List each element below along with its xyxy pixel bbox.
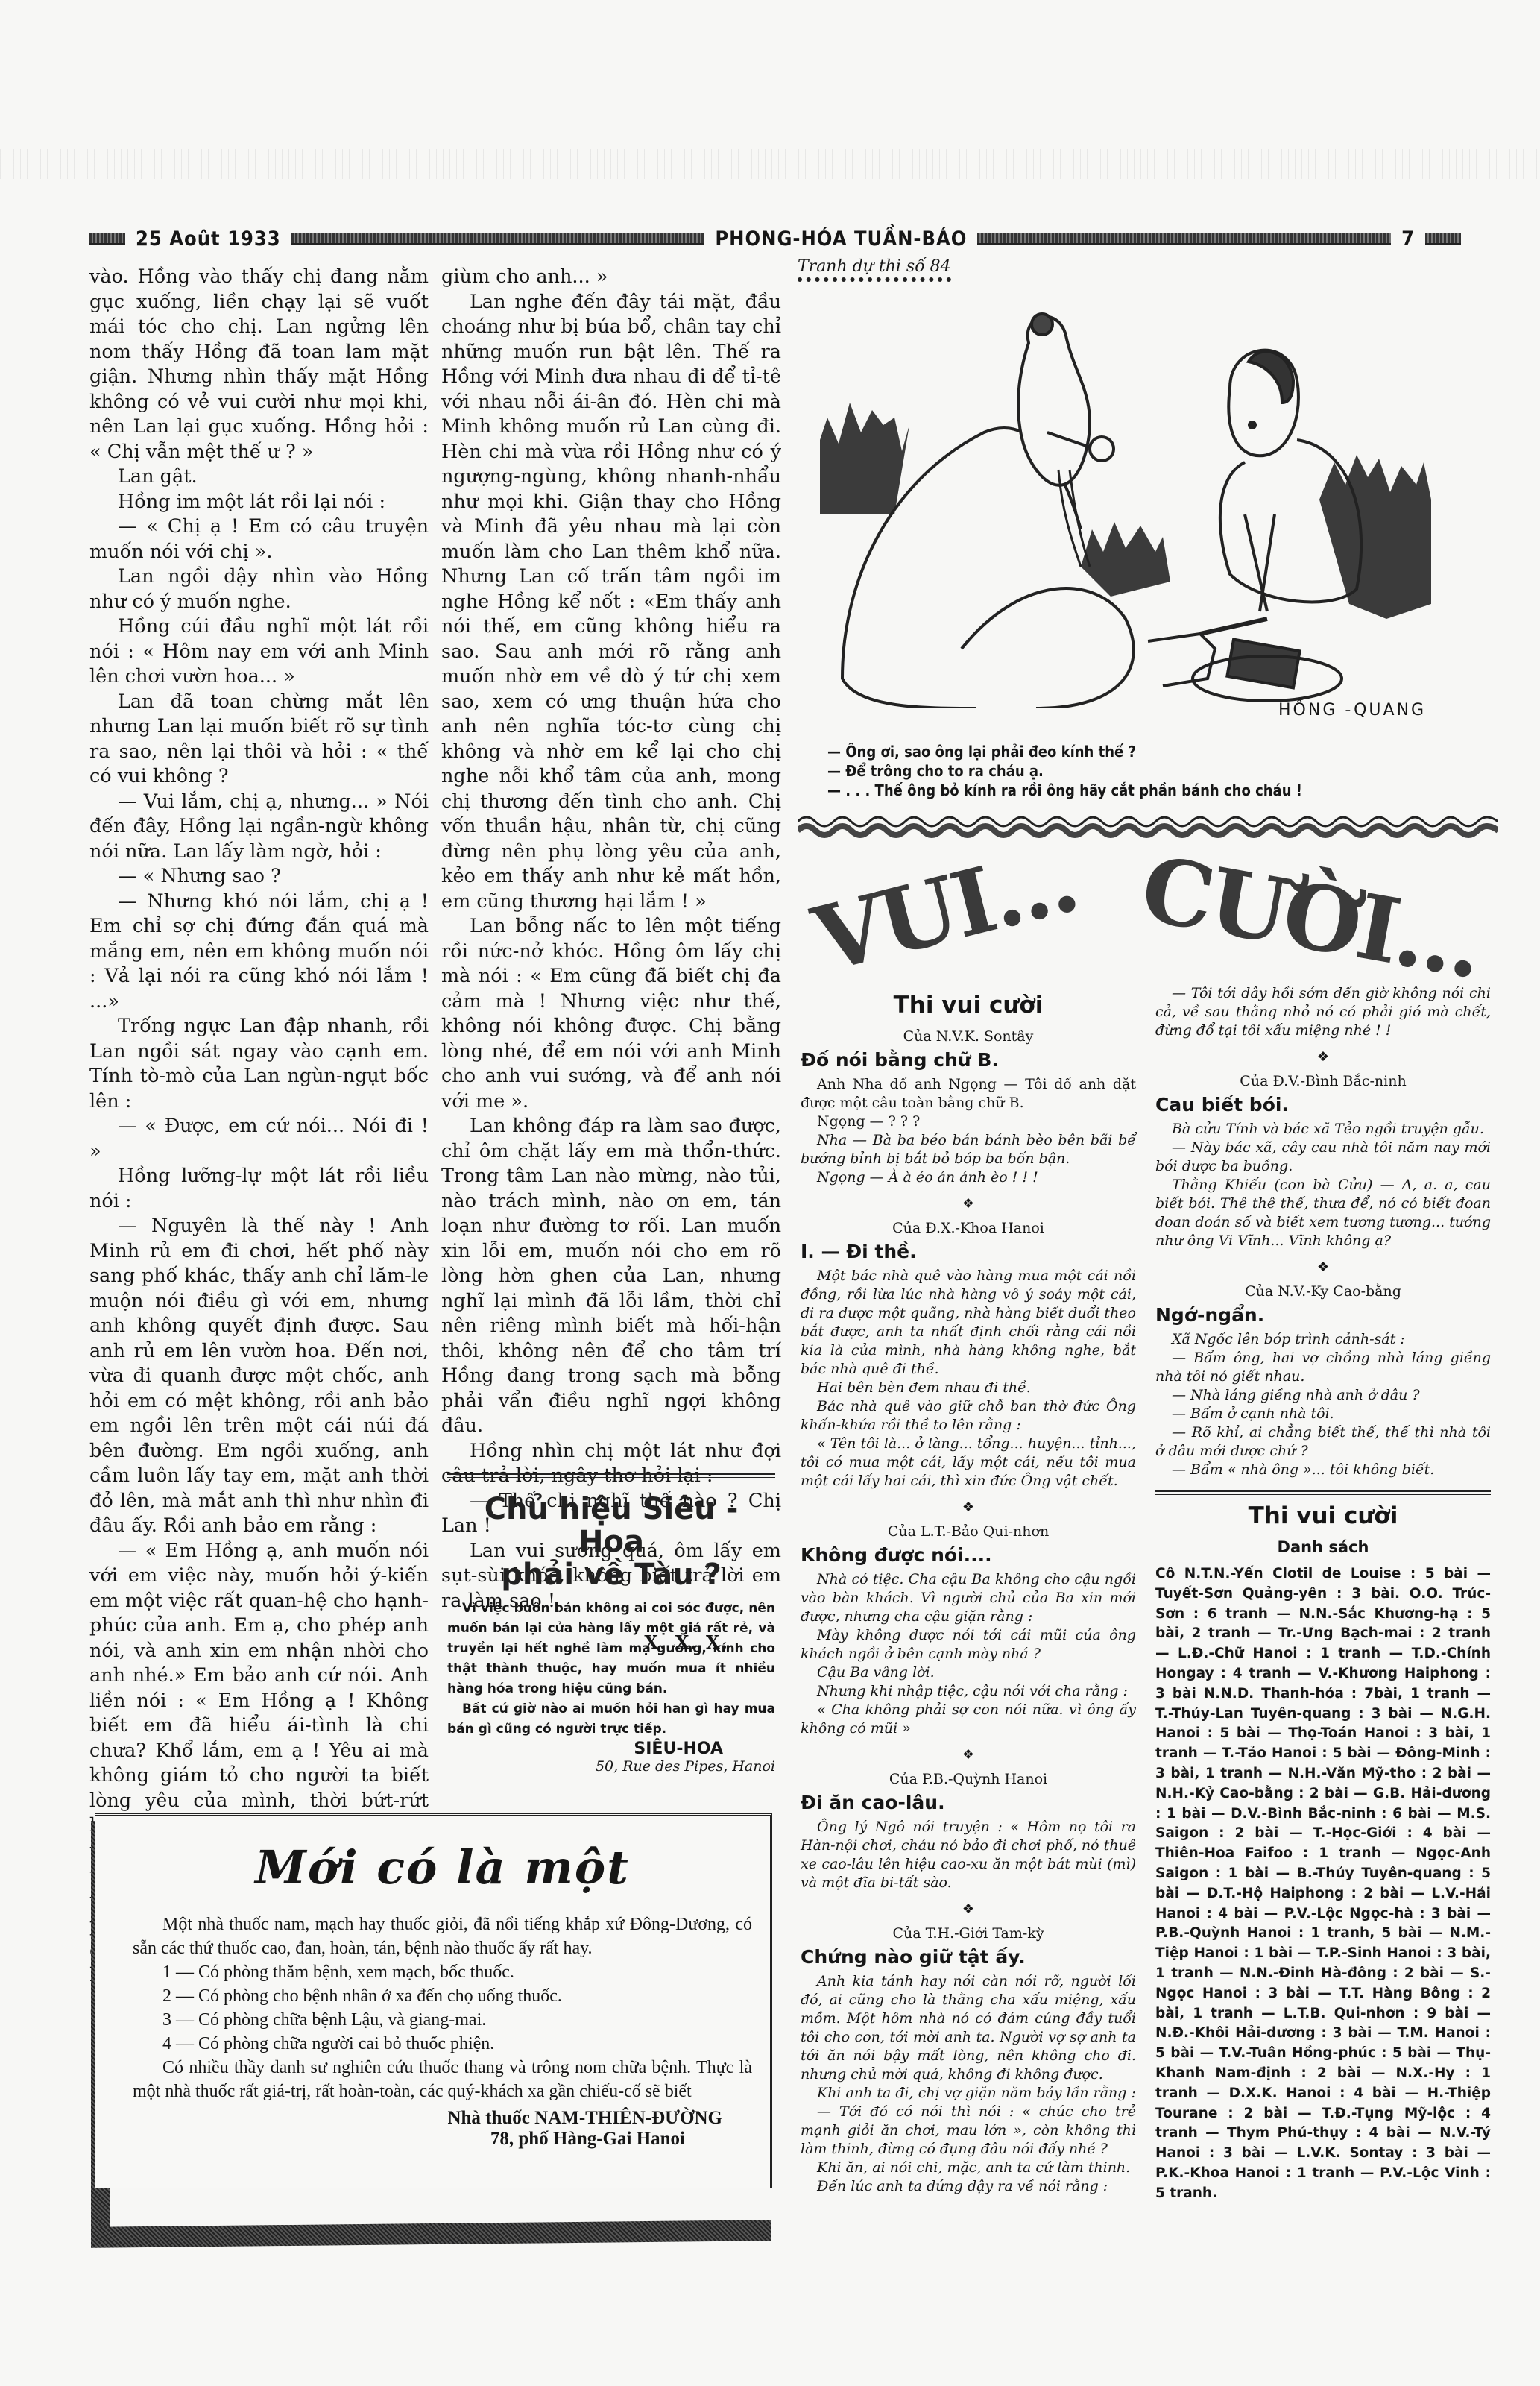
ad-brand: SIÊU-HOA bbox=[447, 1740, 775, 1758]
jokes-column-4: — Tôi tới đây hồi sớm đến giờ không nói … bbox=[1155, 984, 1491, 2204]
ad-business-name: Nhà thuốc NAM-THIÊN-ĐƯỜNG bbox=[133, 2108, 752, 2129]
ornament-icon: ❖ bbox=[801, 1498, 1136, 1517]
newspaper-name: PHONG-HÓA TUẦN-BÁO bbox=[715, 227, 967, 251]
cartoon-illustration-icon bbox=[812, 291, 1498, 708]
ornament-icon: ❖ bbox=[1155, 1258, 1491, 1277]
banner-word-vui: VUI... bbox=[804, 827, 1086, 993]
ad-list-item: 2 — Có phòng cho bệnh nhân ở xa đến chọ … bbox=[133, 1984, 752, 2008]
ad-rule bbox=[447, 1473, 775, 1478]
joke-author: Của T.H.-Giới Tam-kỳ bbox=[801, 1924, 1136, 1943]
joke-line: Ngọng — ? ? ? bbox=[801, 1112, 1136, 1131]
ad-address: 50, Rue des Pipes, Hanoi bbox=[447, 1758, 775, 1775]
joke-author: Của N.V.-Ky Cao-bằng bbox=[1155, 1282, 1491, 1301]
list-title: Thi vui cười bbox=[1155, 1501, 1491, 1531]
joke-author: Của L.T.-Bảo Qui-nhơn bbox=[801, 1523, 1136, 1541]
story-paragraph: — « Nhưng sao ? bbox=[89, 864, 429, 890]
joke-line: Thằng Khiếu (con bà Cửu) — A, a. a, cau … bbox=[1155, 1176, 1491, 1250]
joke-line: Một bác nhà quê vào hàng mua một cái nồi… bbox=[801, 1267, 1136, 1379]
story-column-1: vào. Hồng vào thấy chị đang nằm gục xuốn… bbox=[89, 265, 429, 1989]
artist-signature: HỒNG -QUANG bbox=[1278, 701, 1426, 720]
vui-cuoi-banner: VUI... CƯỜI... bbox=[805, 850, 1506, 977]
header-rule bbox=[89, 233, 125, 245]
joke-line: — Bẩm « nhà ông »... tôi không biết. bbox=[1155, 1461, 1491, 1479]
story-paragraph: Lan bỗng nấc to lên một tiếng rồi nức-nở… bbox=[441, 914, 781, 1114]
joke-line: — Bẩm ở cạnh nhà tôi. bbox=[1155, 1405, 1491, 1423]
joke-line: Ông lý Ngô nói truyện : « Hôm nọ tôi ra … bbox=[801, 1818, 1136, 1892]
joke-line: Nhưng khi nhập tiệc, cậu nói với cha rằn… bbox=[801, 1682, 1136, 1701]
joke-author: Của N.V.K. Sontây bbox=[801, 1027, 1136, 1046]
contestant-list: Cô N.T.N.-Yến Clotil de Louise : 5 bài —… bbox=[1155, 1564, 1491, 2204]
issue-date: 25 Août 1933 bbox=[136, 227, 281, 251]
joke-line: Cậu Ba vâng lời. bbox=[801, 1663, 1136, 1682]
joke-line: Khi ăn, ai nói chi, mặc, anh ta cứ làm t… bbox=[801, 2159, 1136, 2177]
story-paragraph: Lan gật. bbox=[89, 465, 429, 490]
joke-line: Anh Nha đố anh Ngọng — Tôi đố anh đặt đư… bbox=[801, 1075, 1136, 1112]
list-subtitle: Danh sách bbox=[1155, 1538, 1491, 1557]
joke-line: — Bẩm ông, hai vợ chồng nhà láng giềng n… bbox=[1155, 1349, 1491, 1386]
joke-author: Của Đ.X.-Khoa Hanoi bbox=[801, 1219, 1136, 1238]
joke-title: Đố nói bằng chữ B. bbox=[801, 1051, 1136, 1069]
ornament-icon: ❖ bbox=[1155, 1048, 1491, 1066]
header-rule bbox=[1425, 233, 1461, 245]
story-paragraph: Hồng im một lát rồi lại nói : bbox=[89, 490, 429, 515]
sieu-hoa-advertisement: Chủ hiệu Siêu - Hoa phải về Tàu ? Vì việ… bbox=[447, 1473, 775, 1775]
ad-title-line2: phải về Tàu ? bbox=[447, 1558, 775, 1591]
ad-intro: Một nhà thuốc nam, mạch hay thuốc giỏi, … bbox=[133, 1913, 752, 1960]
joke-line: Ngọng — À à éo án ánh èo ! ! ! bbox=[801, 1168, 1136, 1187]
joke-line: Mày không được nói tới cái mũi của ông k… bbox=[801, 1626, 1136, 1663]
joke-line: — Tới đó có nói thì nói : « chúc cho trẻ… bbox=[801, 2103, 1136, 2159]
story-paragraph: vào. Hồng vào thấy chị đang nằm gục xuốn… bbox=[89, 265, 429, 465]
caption-line: — . . . Thế ông bỏ kính ra rồi ông hãy c… bbox=[827, 781, 1302, 800]
story-paragraph: — Nhưng khó nói lắm, chị ạ ! Em chỉ sợ c… bbox=[89, 890, 429, 1015]
ad-title-line1: Chủ hiệu Siêu - Hoa bbox=[447, 1493, 775, 1558]
section-rule bbox=[1155, 1490, 1491, 1495]
caption-line: — Để trông cho to ra cháu ạ. bbox=[827, 761, 1302, 781]
joke-author: Của P.B.-Quỳnh Hanoi bbox=[801, 1770, 1136, 1789]
ad-box-shadow-bottom bbox=[91, 2220, 771, 2248]
joke-title: Cau biết bói. bbox=[1155, 1095, 1491, 1114]
page-number: 7 bbox=[1401, 227, 1415, 251]
story-column-2: giùm cho anh... » Lan nghe đến đây tái m… bbox=[441, 265, 781, 1655]
joke-title: Không được nói.... bbox=[801, 1546, 1136, 1564]
joke-title: Chứng nào giữ tật ấy. bbox=[801, 1948, 1136, 1966]
joke-line: — Tôi tới đây hồi sớm đến giờ không nói … bbox=[1155, 984, 1491, 1040]
joke-line: « Cha không phải sợ con nói nữa. vì ông … bbox=[801, 1701, 1136, 1738]
ornament-icon: ❖ bbox=[801, 1194, 1136, 1213]
wavy-divider-icon bbox=[798, 813, 1498, 838]
nam-thien-duong-advertisement: Mới có là một Một nhà thuốc nam, mạch ha… bbox=[95, 1813, 772, 2188]
ad-list-item: 1 — Có phòng thăm bệnh, xem mạch, bốc th… bbox=[133, 1960, 752, 1984]
joke-line: Bà cửu Tính và bác xã Tẻo ngồi truyện gẫ… bbox=[1155, 1120, 1491, 1139]
ad-list-item: 4 — Có phòng chữa người cai bỏ thuốc phi… bbox=[133, 2032, 752, 2056]
joke-line: Nhà có tiệc. Cha cậu Ba không cho cậu ng… bbox=[801, 1570, 1136, 1626]
header-rule bbox=[977, 233, 1391, 245]
cartoon-label: Tranh dự thi số 84 bbox=[798, 257, 951, 282]
story-paragraph: giùm cho anh... » bbox=[441, 265, 781, 290]
story-paragraph: Hồng cúi đầu nghĩ một lát rồi nói : « Hô… bbox=[89, 614, 429, 690]
joke-title: Đi ăn cao-lâu. bbox=[801, 1793, 1136, 1812]
section-title: Thi vui cười bbox=[801, 990, 1136, 1020]
ad-list-item: 3 — Có phòng chữa bệnh Lậu, và giang-mai… bbox=[133, 2008, 752, 2032]
ad-headline: Mới có là một bbox=[133, 1838, 752, 1898]
ornament-icon: ❖ bbox=[801, 1746, 1136, 1764]
caption-line: — Ông ơi, sao ông lại phải đeo kính thế … bbox=[827, 742, 1302, 761]
joke-line: Anh kia tánh hay nói càn nói rỡ, người l… bbox=[801, 1972, 1136, 2084]
joke-title: I. — Đi thề. bbox=[801, 1242, 1136, 1261]
page-header: 25 Août 1933 PHONG-HÓA TUẦN-BÁO 7 bbox=[89, 224, 1461, 254]
story-paragraph: Lan ngồi dậy nhìn vào Hồng như có ý muốn… bbox=[89, 564, 429, 614]
cartoon-caption: — Ông ơi, sao ông lại phải đeo kính thế … bbox=[827, 742, 1302, 800]
story-paragraph: Lan đã toan chừng mắt lên nhưng Lan lại … bbox=[89, 690, 429, 790]
joke-line: Bác nhà quê vào giữ chỗ ban thờ đức Ông … bbox=[801, 1397, 1136, 1435]
joke-line: — Này bác xã, cây cau nhà tôi năm nay mớ… bbox=[1155, 1139, 1491, 1176]
joke-line: Đến lúc anh ta đứng dậy ra về nói rằng : bbox=[801, 2177, 1136, 2196]
ad-paragraph: Bất cứ giờ nào ai muốn hỏi han gì hay mu… bbox=[447, 1699, 775, 1740]
banner-word-cuoi: CƯỜI... bbox=[1134, 836, 1489, 998]
joke-line: Khi anh ta đi, chị vợ giặn năm bảy lần r… bbox=[801, 2084, 1136, 2103]
story-paragraph: Lan nghe đến đây tái mặt, đầu choáng như… bbox=[441, 290, 781, 915]
ornament-icon: ❖ bbox=[801, 1900, 1136, 1918]
joke-line: Hai bên bèn đem nhau đi thề. bbox=[801, 1379, 1136, 1397]
joke-title: Ngớ-ngẩn. bbox=[1155, 1306, 1491, 1324]
ad-paragraph: Vì việc buôn bán không ai coi sóc được, … bbox=[447, 1599, 775, 1699]
joke-line: « Tên tôi là... ở làng... tổng... huyện.… bbox=[801, 1435, 1136, 1491]
story-paragraph: — « Được, em cứ nói... Nói đi ! » bbox=[89, 1114, 429, 1164]
jokes-column-3: Thi vui cười Của N.V.K. Sontây Đố nói bằ… bbox=[801, 984, 1136, 2196]
joke-line: — Nhà láng giềng nhà anh ở đâu ? bbox=[1155, 1386, 1491, 1405]
story-paragraph: — Nguyên là thế này ! Anh Minh rủ em đi … bbox=[89, 1214, 429, 1539]
joke-author: Của Đ.V.-Bình Bắc-ninh bbox=[1155, 1072, 1491, 1091]
ad-address: 78, phố Hàng-Gai Hanoi bbox=[133, 2129, 752, 2150]
story-paragraph: Lan không đáp ra làm sao được, chỉ ôm ch… bbox=[441, 1114, 781, 1439]
header-rule bbox=[291, 233, 705, 245]
joke-line: Xã Ngốc lên bóp trình cảnh-sát : bbox=[1155, 1330, 1491, 1349]
joke-line: — Rõ khỉ, ai chẳng biết thế, thế thì nhà… bbox=[1155, 1423, 1491, 1461]
story-paragraph: — « Chị ạ ! Em có câu truyện muốn nói vớ… bbox=[89, 514, 429, 564]
joke-line: Nha — Bà ba béo bán bánh bèo bên bãi bể … bbox=[801, 1131, 1136, 1168]
story-paragraph: — Vui lắm, chị ạ, nhưng... » Nói đến đây… bbox=[89, 790, 429, 865]
story-paragraph: Trống ngực Lan đập nhanh, rồi Lan ngồi s… bbox=[89, 1014, 429, 1114]
ad-outro: Có nhiều thầy danh sư nghiên cứu thuốc t… bbox=[133, 2056, 752, 2103]
story-paragraph: Hồng lưỡng-lự một lát rồi liều nói : bbox=[89, 1164, 429, 1214]
page-top-noise bbox=[0, 149, 1540, 179]
